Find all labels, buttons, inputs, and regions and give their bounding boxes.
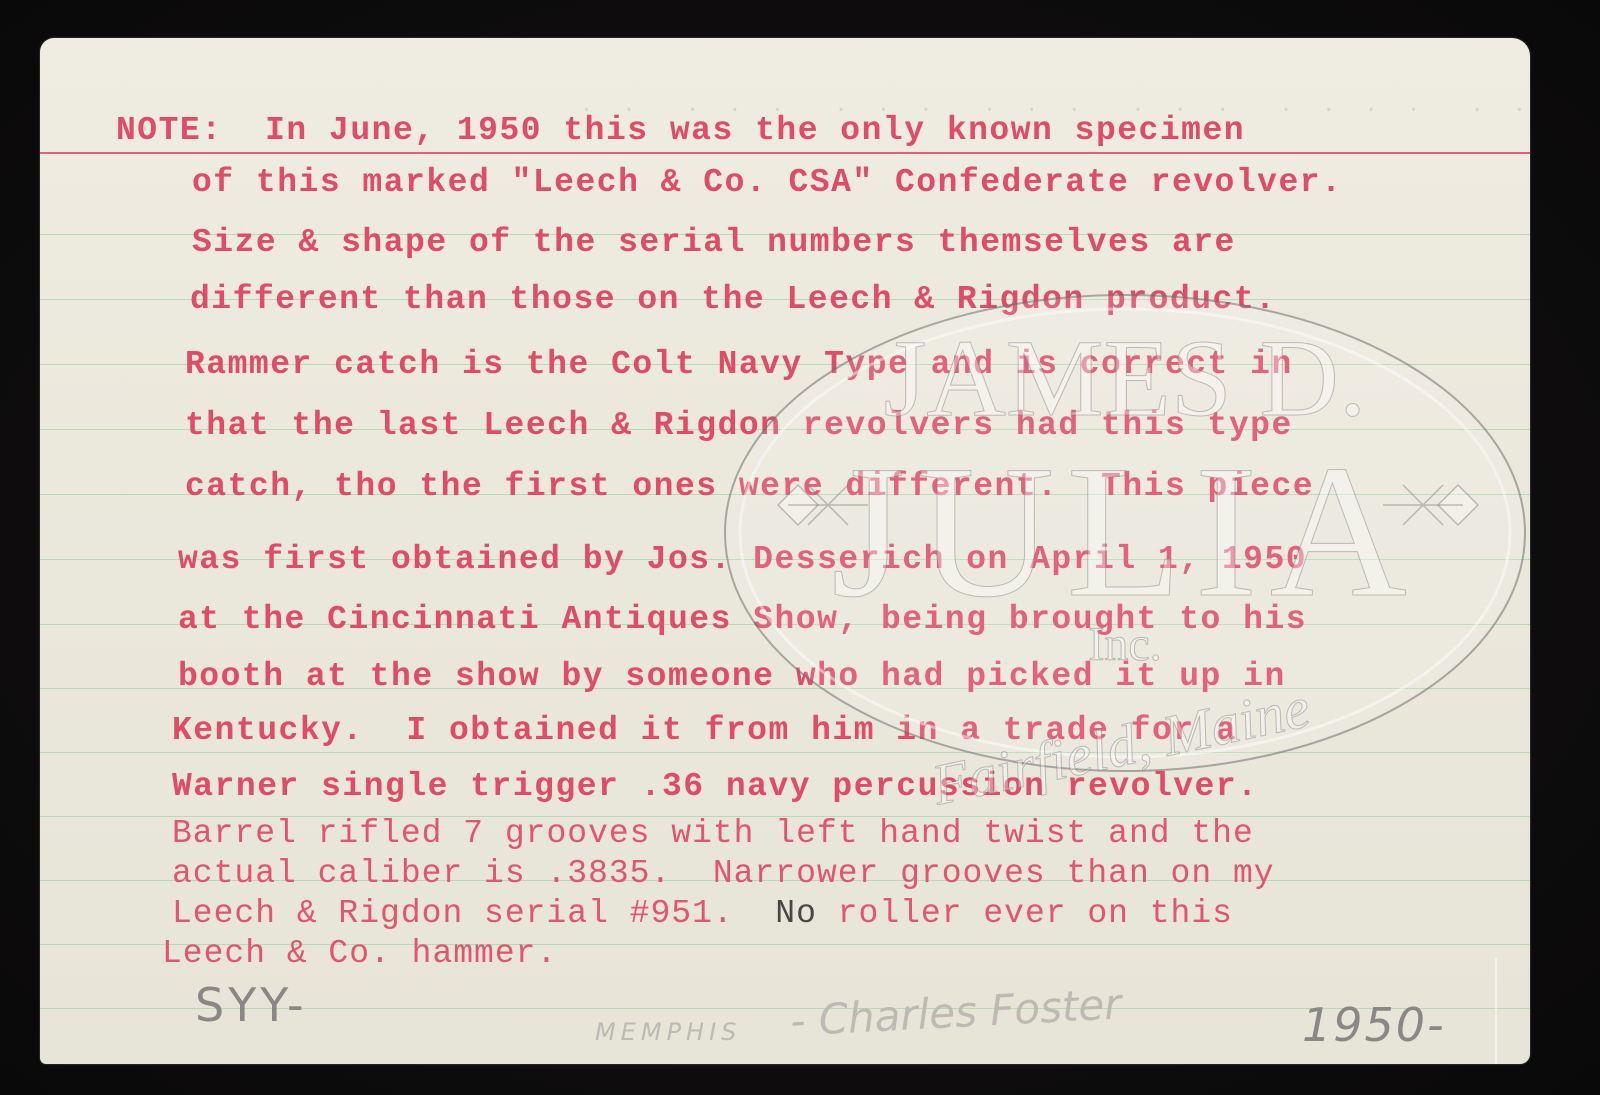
note-line-7: catch, tho the first ones were different… bbox=[185, 470, 1314, 503]
note-line-12: Warner single trigger .36 navy percussio… bbox=[172, 770, 1258, 803]
addendum-text-after: roller ever on this bbox=[817, 895, 1233, 932]
photo-background: . . . . . . . . . . . . . . . . . . . . … bbox=[0, 0, 1600, 1095]
note-line-2: of this marked "Leech & Co. CSA" Confede… bbox=[192, 166, 1342, 199]
rule-line bbox=[40, 752, 1530, 753]
pencil-city: MEMPHIS bbox=[595, 1018, 741, 1046]
addendum-text-gray: No bbox=[775, 895, 817, 932]
card-crease bbox=[1495, 958, 1497, 1064]
note-line-6: that the last Leech & Rigdon revolvers h… bbox=[185, 409, 1293, 442]
addendum-text-before: Leech & Rigdon serial #951. bbox=[172, 895, 775, 932]
note-line-4: different than those on the Leech & Rigd… bbox=[190, 283, 1276, 316]
note-addendum-line-1: Barrel rifled 7 grooves with left hand t… bbox=[172, 817, 1254, 850]
note-line-11: Kentucky. I obtained it from him in a tr… bbox=[172, 714, 1237, 747]
note-addendum-line-2: actual caliber is .3835. Narrower groove… bbox=[172, 857, 1275, 890]
note-line-9: at the Cincinnati Antiques Show, being b… bbox=[178, 603, 1307, 636]
note-line-1: NOTE: In June, 1950 this was the only kn… bbox=[116, 114, 1245, 147]
note-line-5: Rammer catch is the Colt Navy Type and i… bbox=[185, 348, 1293, 381]
header-rule-red bbox=[40, 152, 1530, 154]
pencil-signature: - Charles Foster bbox=[789, 979, 1123, 1045]
index-card: . . . . . . . . . . . . . . . . . . . . … bbox=[40, 38, 1530, 1064]
note-line-8: was first obtained by Jos. Desserich on … bbox=[178, 543, 1307, 576]
note-line-3: Size & shape of the serial numbers thems… bbox=[192, 226, 1236, 259]
pencil-code: SYY- bbox=[195, 978, 308, 1032]
note-addendum-line-3: Leech & Rigdon serial #951. No roller ev… bbox=[172, 897, 1233, 930]
note-line-10: booth at the show by someone who had pic… bbox=[178, 660, 1286, 693]
note-addendum-line-4: Leech & Co. hammer. bbox=[162, 937, 557, 970]
pencil-year: 1950- bbox=[1302, 998, 1446, 1052]
